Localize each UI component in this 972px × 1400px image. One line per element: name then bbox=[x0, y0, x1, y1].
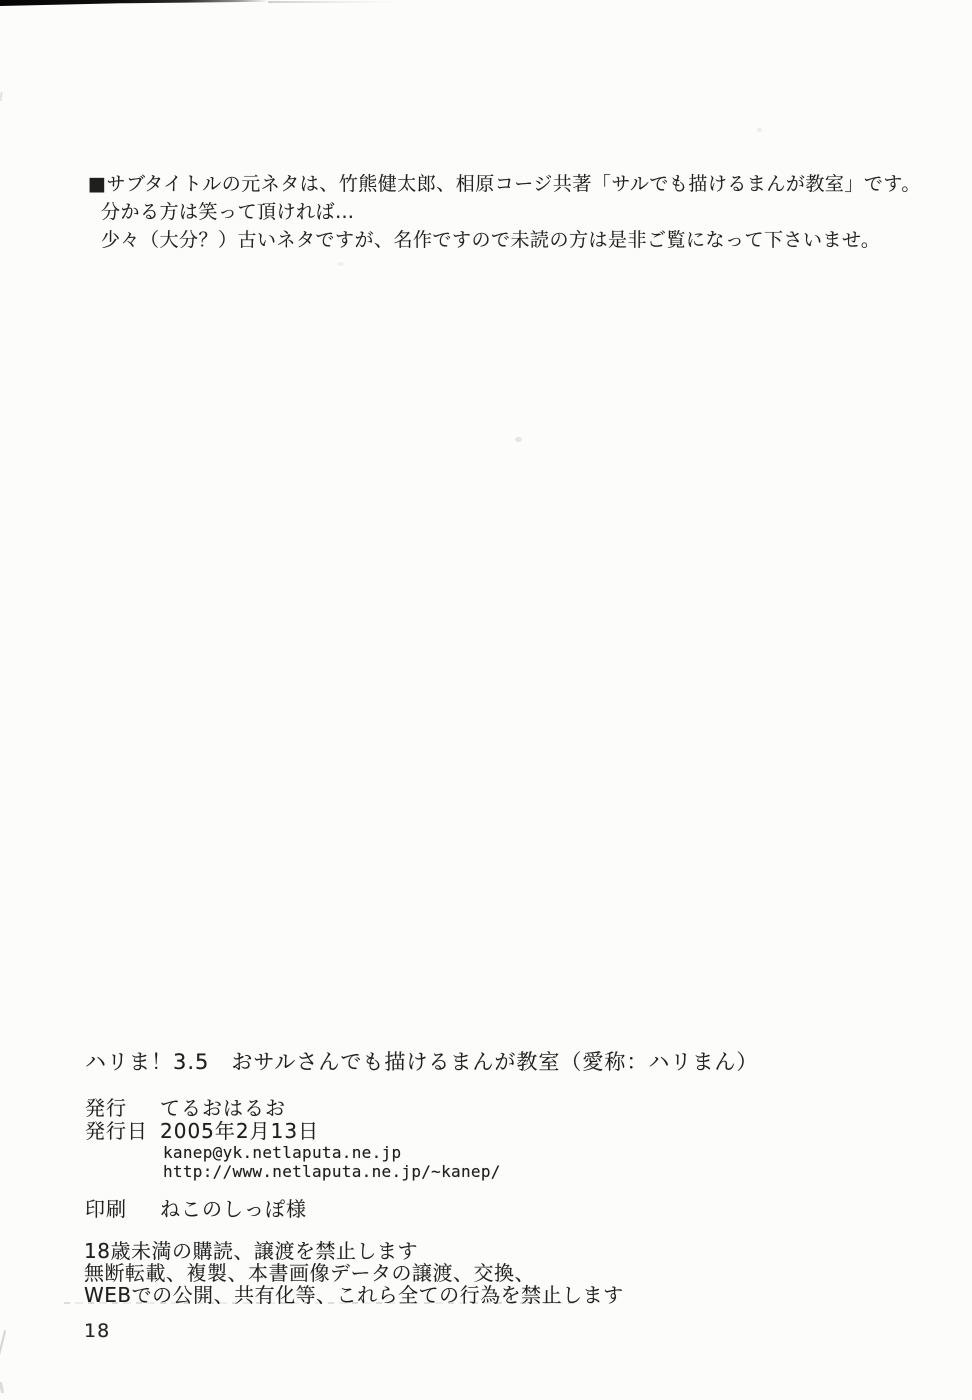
printer-name: ねこのしっぽ様 bbox=[160, 1197, 307, 1221]
publish-date-row: 発行日2005年2月13日 bbox=[85, 1120, 501, 1143]
book-title: ハリま！3.5 おサルさんでも描けるまんが教室（愛称：ハリまん） bbox=[85, 1049, 758, 1075]
restriction-line-1: 18歳未満の購読、譲渡を禁止します bbox=[84, 1240, 624, 1262]
note-line-3: 少々（大分？）古いネタですが、名作ですので未読の方は是非ご覧になって下さいませ。 bbox=[101, 226, 921, 254]
scan-edge-artifact bbox=[0, 0, 268, 6]
printer-label: 印刷 bbox=[85, 1198, 160, 1221]
scan-scratch-mark bbox=[0, 1382, 4, 1393]
publisher-row: 発行てるおはるお bbox=[85, 1097, 501, 1120]
note-line-2: 分かる方は笑って頂ければ… bbox=[101, 198, 921, 226]
scan-speck bbox=[338, 262, 344, 266]
printer-row: 印刷ねこのしっぽ様 bbox=[85, 1198, 501, 1221]
scan-speck bbox=[757, 128, 762, 132]
scan-scratch-mark bbox=[0, 1330, 6, 1356]
page-number: 18 bbox=[84, 1320, 110, 1342]
publisher-name: てるおはるお bbox=[160, 1096, 286, 1120]
scanned-doujinshi-colophon-page: ■サブタイトルの元ネタは、竹熊健太郎、相原コージ共著「サルでも描けるまんが教室」… bbox=[0, 0, 972, 1400]
restriction-notice: 18歳未満の購読、譲渡を禁止します 無断転載、複製、本書画像データの譲渡、交換、… bbox=[84, 1240, 624, 1306]
restriction-line-2: 無断転載、複製、本書画像データの譲渡、交換、 bbox=[84, 1262, 624, 1284]
restriction-line-3: WEBでの公開、共有化等、これら全ての行為を禁止します bbox=[84, 1284, 624, 1306]
afterword-note: ■サブタイトルの元ネタは、竹熊健太郎、相原コージ共著「サルでも描けるまんが教室」… bbox=[88, 170, 921, 254]
note-line-1: ■サブタイトルの元ネタは、竹熊健太郎、相原コージ共著「サルでも描けるまんが教室」… bbox=[88, 170, 921, 198]
scan-scratch-mark bbox=[0, 92, 3, 101]
scan-speck bbox=[515, 437, 522, 442]
colophon-info: 発行てるおはるお 発行日2005年2月13日 kanep@yk.netlaput… bbox=[85, 1097, 501, 1221]
scan-edge-artifact-faint bbox=[268, 1, 396, 3]
publisher-label: 発行 bbox=[85, 1097, 160, 1120]
publish-date-label: 発行日 bbox=[85, 1120, 160, 1143]
email-address: kanep@yk.netlaputa.ne.jp bbox=[163, 1143, 501, 1162]
website-url: http://www.netlaputa.ne.jp/~kanep/ bbox=[163, 1162, 501, 1181]
publish-date: 2005年2月13日 bbox=[160, 1119, 319, 1143]
